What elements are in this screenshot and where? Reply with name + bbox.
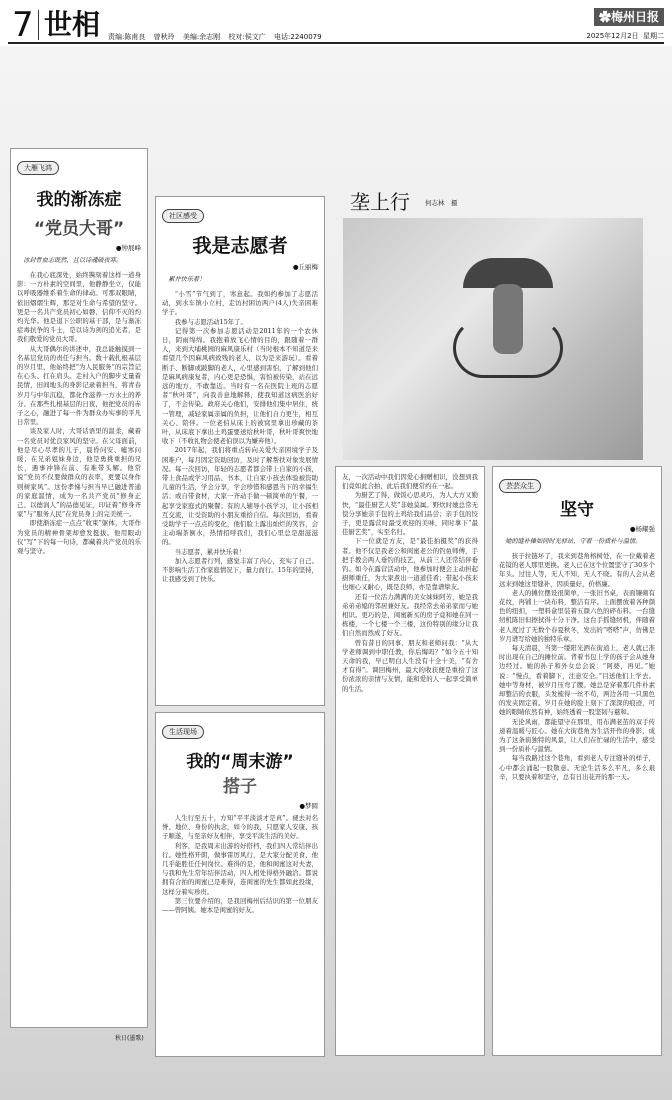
paragraph: 记得第一次参加志愿活动是2011年的一个农休日，阴雨绵绵。我抱着放飞心情的目的，… xyxy=(162,327,318,447)
paragraph: 谈及家人时，大哥话语里的温柔，藏着一名党员对优良家风的坚守。在父母面前，他是尽心… xyxy=(17,427,141,519)
article-lead: 累并快乐着！ xyxy=(162,275,318,284)
paragraph: 在我心底深处，始终镌刻着这样一道身影：一方朴素的空间里，他静静坐立，仅能以呼吸器… xyxy=(17,271,141,345)
article-body: “小雪”节气到了，寒意起。我如约参加了志愿活动，到水车镇小立村，走访村困访两户(… xyxy=(162,290,318,585)
article-title: 坚守 xyxy=(499,495,655,520)
plum-icon: ✿ xyxy=(599,10,611,24)
author-byline: ●丘丽梅 xyxy=(162,262,318,271)
author-byline: ●梦圆 xyxy=(162,801,318,810)
photo-farm-path xyxy=(343,218,643,460)
column-badge: 芸芸众生 xyxy=(499,473,655,493)
paragraph: 加入志愿者行列，感觉丰富了内心，充实了自己。不影响生活工作家庭情况下，量力而行。… xyxy=(162,557,318,585)
article-title: 我的“周末游” xyxy=(162,747,318,772)
issue-date: 2025年12月2日 星期二 xyxy=(586,31,664,41)
article-body: 人生行至五十，方知“平平淡淡才是真”。褪去对名誉、地位、身份的执念，如今的我，只… xyxy=(162,814,318,915)
paragraph: 第三位要介绍的，是我回梅州后结识的第一位朋友——曾阿姨。她本是闺蜜的好友。 xyxy=(162,897,318,915)
article-subtitle: “党员大哥” xyxy=(17,214,141,239)
badge-label: 大雁飞鸿 xyxy=(17,161,59,175)
paragraph: 为厨艺了得，做饭心思灵巧，为人大方又勤快，“最佳厨艺人奖”非她莫属。野炊时她总常… xyxy=(342,491,478,537)
illustration-caption: 秋日(墨歌) xyxy=(115,1033,144,1042)
article-weekend: 生活现场 我的“周末游” 搭子 ●梦圆 人生行至五十，方知“平平淡淡才是真”。褪… xyxy=(155,712,325,1057)
article-body: 孩子拉链坏了，我来到巷角榕树处，在一位戴着老花镜的老人那里更换。老人已在这个位置… xyxy=(499,552,655,782)
credit-proof: 校对:侯文广 xyxy=(228,33,265,41)
paragraph: “小雪”节气到了，寒意起。我如约参加了志愿活动，到水车镇小立村，走访村困访两户(… xyxy=(162,290,318,318)
editor-credits: 责编:陈甫良 曾秋玲 美编:余志刚 校对:侯文广 电话:2240079 xyxy=(108,32,328,42)
paragraph: 当志愿者，累并快乐着！ xyxy=(162,548,318,557)
paragraph: 还有一位活力满满的美女妹妹阿芳，她是我弟弟弟媳的邻居兼好友。我经常去弟弟家而与她… xyxy=(342,593,478,639)
article-body: 在我心底深处，始终镌刻着这样一道身影：一方朴素的空间里，他静静坐立，仅能以呼吸器… xyxy=(17,271,141,556)
author-byline: ●钟展峰 xyxy=(17,243,141,252)
article-body: 友，一次活动中我们因爱心捐赠相识，没想到我们竟如此合拍，此后我们便常约在一起。 … xyxy=(342,473,478,694)
paragraph: 无论风雨，都能望守在那里，用布满老茧的双手传递着温暖与匠心。她在大街巷角为生活开… xyxy=(499,718,655,755)
article-title: 我是志愿者 xyxy=(162,231,318,258)
paper-name: 梅州日报 xyxy=(611,10,659,24)
paragraph: 2017年起，我们将重点转向关爱失亲困境学子及困难户，每月固定资助回访，及时了解… xyxy=(162,446,318,547)
paragraph: 老人的摊位摆设很简单，一张旧书桌，表面镶砌有花纹，再铺上一块布料，整洁有序。上面… xyxy=(499,589,655,644)
bicycle-shape xyxy=(453,318,563,378)
paragraph: 每天清晨，当第一缕阳光洒在街道上，老人就已准时出现在自己的摊位前。背着书包上学的… xyxy=(499,644,655,718)
paragraph: 孩子拉链坏了，我来到巷角榕树处，在一位戴着老花镜的老人那里更换。老人已在这个位置… xyxy=(499,552,655,589)
paragraph: 人生行至五十，方知“平平淡淡才是真”。褪去对名誉、地位、身份的执念，如今的我，只… xyxy=(162,814,318,842)
section-title: 世相 xyxy=(44,8,100,42)
paragraph: 从大哥偶尔的讲述中，我总能触摸到一名基层党员的责任与担当。数十载扎根基层的岁月里… xyxy=(17,345,141,428)
paragraph: 友，一次活动中我们因爱心捐赠相识，没想到我们竟如此合拍，此后我们便常约在一起。 xyxy=(342,473,478,491)
newspaper-logo: ✿梅州日报 xyxy=(594,8,664,26)
badge-label: 生活现场 xyxy=(162,725,204,739)
paragraph: 利客，是我周末出游的好搭档，我们四人常结伴出行。她性格开朗，做事雷厉风行，是大家… xyxy=(162,842,318,897)
paragraph: 每当我路过这个巷角，看到老人专注缝补的样子，心中都会涌起一股敬意。无论生活多么平… xyxy=(499,754,655,782)
masthead: 7 世相 责编:陈甫良 曾秋玲 美编:余志刚 校对:侯文广 电话:2240079… xyxy=(0,0,672,46)
credit-phone: 电话:2240079 xyxy=(274,33,322,41)
article-weekend-continued: 友，一次活动中我们因爱心捐赠相识，没想到我们竟如此合拍，此后我们便常约在一起。 … xyxy=(335,466,485,1056)
article-party-brother: 大雁飞鸿 我的渐冻症 “党员大哥” ●钟展峰 冰封骨血志既然，且以诗魂破夜寒。 … xyxy=(10,148,148,1028)
author-byline: ●杨耀强 xyxy=(499,524,655,533)
badge-label: 社区感受 xyxy=(162,209,204,223)
page-number: 7 xyxy=(12,8,34,42)
paragraph: 曾有昔日的同事、朋友和老师问我：“从大学老师调到中职任教，你后悔吗？”如今五十知… xyxy=(342,639,478,694)
article-title: 我的渐冻症 xyxy=(17,185,141,210)
article-lead: 冰封骨血志既然，且以诗魂破夜寒。 xyxy=(17,256,141,265)
column-badge: 大雁飞鸿 xyxy=(17,155,141,175)
article-lead: 她的缝补摊如同时光驿站，守着一份质朴与温情。 xyxy=(499,537,655,546)
article-persist: 芸芸众生 坚守 ●杨耀强 她的缝补摊如同时光驿站，守着一份质朴与温情。 孩子拉链… xyxy=(492,466,662,1056)
article-subtitle: 搭子 xyxy=(162,772,318,797)
paragraph: 下一位就是方友，是“最佳拍摄奖”的获得者。他不仅是我老公和闺蜜老公的钓鱼师傅，手… xyxy=(342,537,478,592)
weekday-text: 星期二 xyxy=(643,32,664,40)
date-text: 2025年12月2日 xyxy=(586,32,638,40)
column-badge: 社区感受 xyxy=(162,203,318,223)
paragraph: 即使渐冻症一点点“收束”躯体，大哥作为党员的精神骨架却愈发挺拔。他用眼动仪“写”… xyxy=(17,519,141,556)
photo-title: 垄上行 xyxy=(350,186,410,215)
badge-label: 芸芸众生 xyxy=(499,479,541,493)
credit-editor-2: 曾秋玲 xyxy=(154,33,175,41)
credit-editor: 责编:陈甫良 xyxy=(108,33,145,41)
column-badge: 生活现场 xyxy=(162,719,318,739)
article-volunteer: 社区感受 我是志愿者 ●丘丽梅 累并快乐着！ “小雪”节气到了，寒意起。我如约参… xyxy=(155,196,325,706)
paragraph: 我参与志愿活动15年了。 xyxy=(162,318,318,327)
masthead-divider xyxy=(38,10,39,40)
masthead-rule xyxy=(8,42,664,44)
credit-art: 美编:余志刚 xyxy=(183,33,220,41)
photo-credit: 何志林 摄 xyxy=(425,198,458,207)
